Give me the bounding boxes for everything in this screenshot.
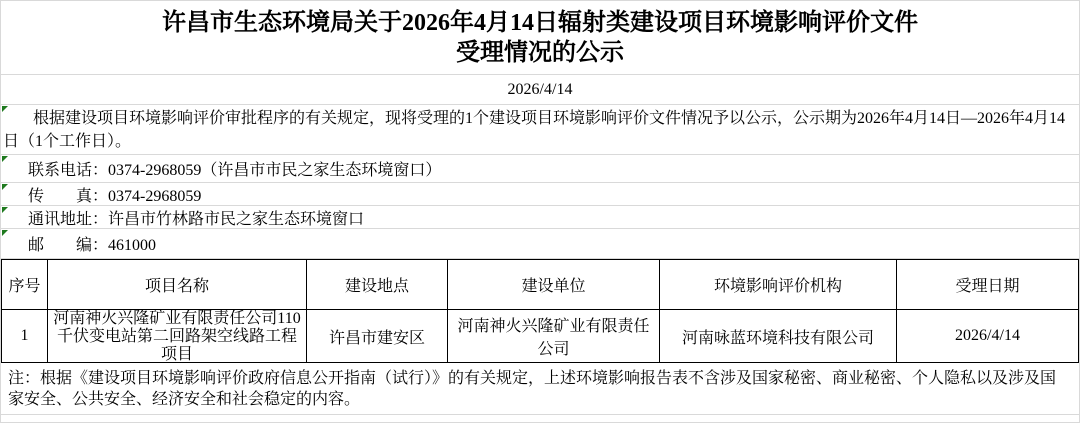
col-header-seq: 序号 <box>2 260 48 310</box>
col-header-eia-agency: 环境影响评价机构 <box>660 260 897 310</box>
excel-flag-icon <box>2 207 8 213</box>
excel-flag-icon <box>2 106 8 112</box>
notice-document: 许昌市生态环境局关于2026年4月14日辐射类建设项目环境影响评价文件 受理情况… <box>0 0 1080 423</box>
cell-project-name: 河南神火兴隆矿业有限责任公司110千伏变电站第二回路架空线路工程项目 <box>48 310 307 363</box>
table-header-row: 序号 项目名称 建设地点 建设单位 环境影响评价机构 受理日期 <box>2 260 1079 310</box>
cell-accept-date: 2026/4/14 <box>897 310 1079 363</box>
contact-postcode: 邮 编：461000 <box>1 229 1079 259</box>
intro-row: 根据建设项目环境影响评价审批程序的有关规定，现将受理的1个建设项目环境影响评价文… <box>1 105 1079 155</box>
col-header-builder: 建设单位 <box>448 260 660 310</box>
excel-flag-icon <box>2 230 8 236</box>
col-header-accept-date: 受理日期 <box>897 260 1079 310</box>
page-title-line2: 受理情况的公示 <box>1 38 1079 68</box>
contact-phone: 联系电话：0374-2968059（许昌市市民之家生态环境窗口） <box>1 155 1079 183</box>
page-title: 许昌市生态环境局关于2026年4月14日辐射类建设项目环境影响评价文件 受理情况… <box>1 1 1079 75</box>
cell-seq: 1 <box>2 310 48 363</box>
contact-fax: 传 真：0374-2968059 <box>1 183 1079 206</box>
page-title-line1: 许昌市生态环境局关于2026年4月14日辐射类建设项目环境影响评价文件 <box>1 8 1079 38</box>
cell-eia-agency: 河南咏蓝环境科技有限公司 <box>660 310 897 363</box>
acceptance-table: 序号 项目名称 建设地点 建设单位 环境影响评价机构 受理日期 1 河南神火兴隆… <box>1 259 1079 363</box>
excel-flag-icon <box>2 156 8 162</box>
cell-project-name-text: 河南神火兴隆矿业有限责任公司110千伏变电站第二回路架空线路工程项目 <box>51 310 303 362</box>
intro-paragraph: 根据建设项目环境影响评价审批程序的有关规定，现将受理的1个建设项目环境影响评价文… <box>3 107 1076 153</box>
note-paragraph: 注：根据《建设项目环境影响评价政府信息公开指南（试行）》的有关规定，上述环境影响… <box>1 363 1079 415</box>
cell-location: 许昌市建安区 <box>307 310 448 363</box>
col-header-location: 建设地点 <box>307 260 448 310</box>
table-row: 1 河南神火兴隆矿业有限责任公司110千伏变电站第二回路架空线路工程项目 许昌市… <box>2 310 1079 363</box>
excel-flag-icon <box>2 184 8 190</box>
notice-date: 2026/4/14 <box>1 75 1079 105</box>
col-header-project-name: 项目名称 <box>48 260 307 310</box>
contact-address: 通讯地址：许昌市竹林路市民之家生态环境窗口 <box>1 206 1079 229</box>
cell-builder: 河南神火兴隆矿业有限责任公司 <box>448 310 660 363</box>
